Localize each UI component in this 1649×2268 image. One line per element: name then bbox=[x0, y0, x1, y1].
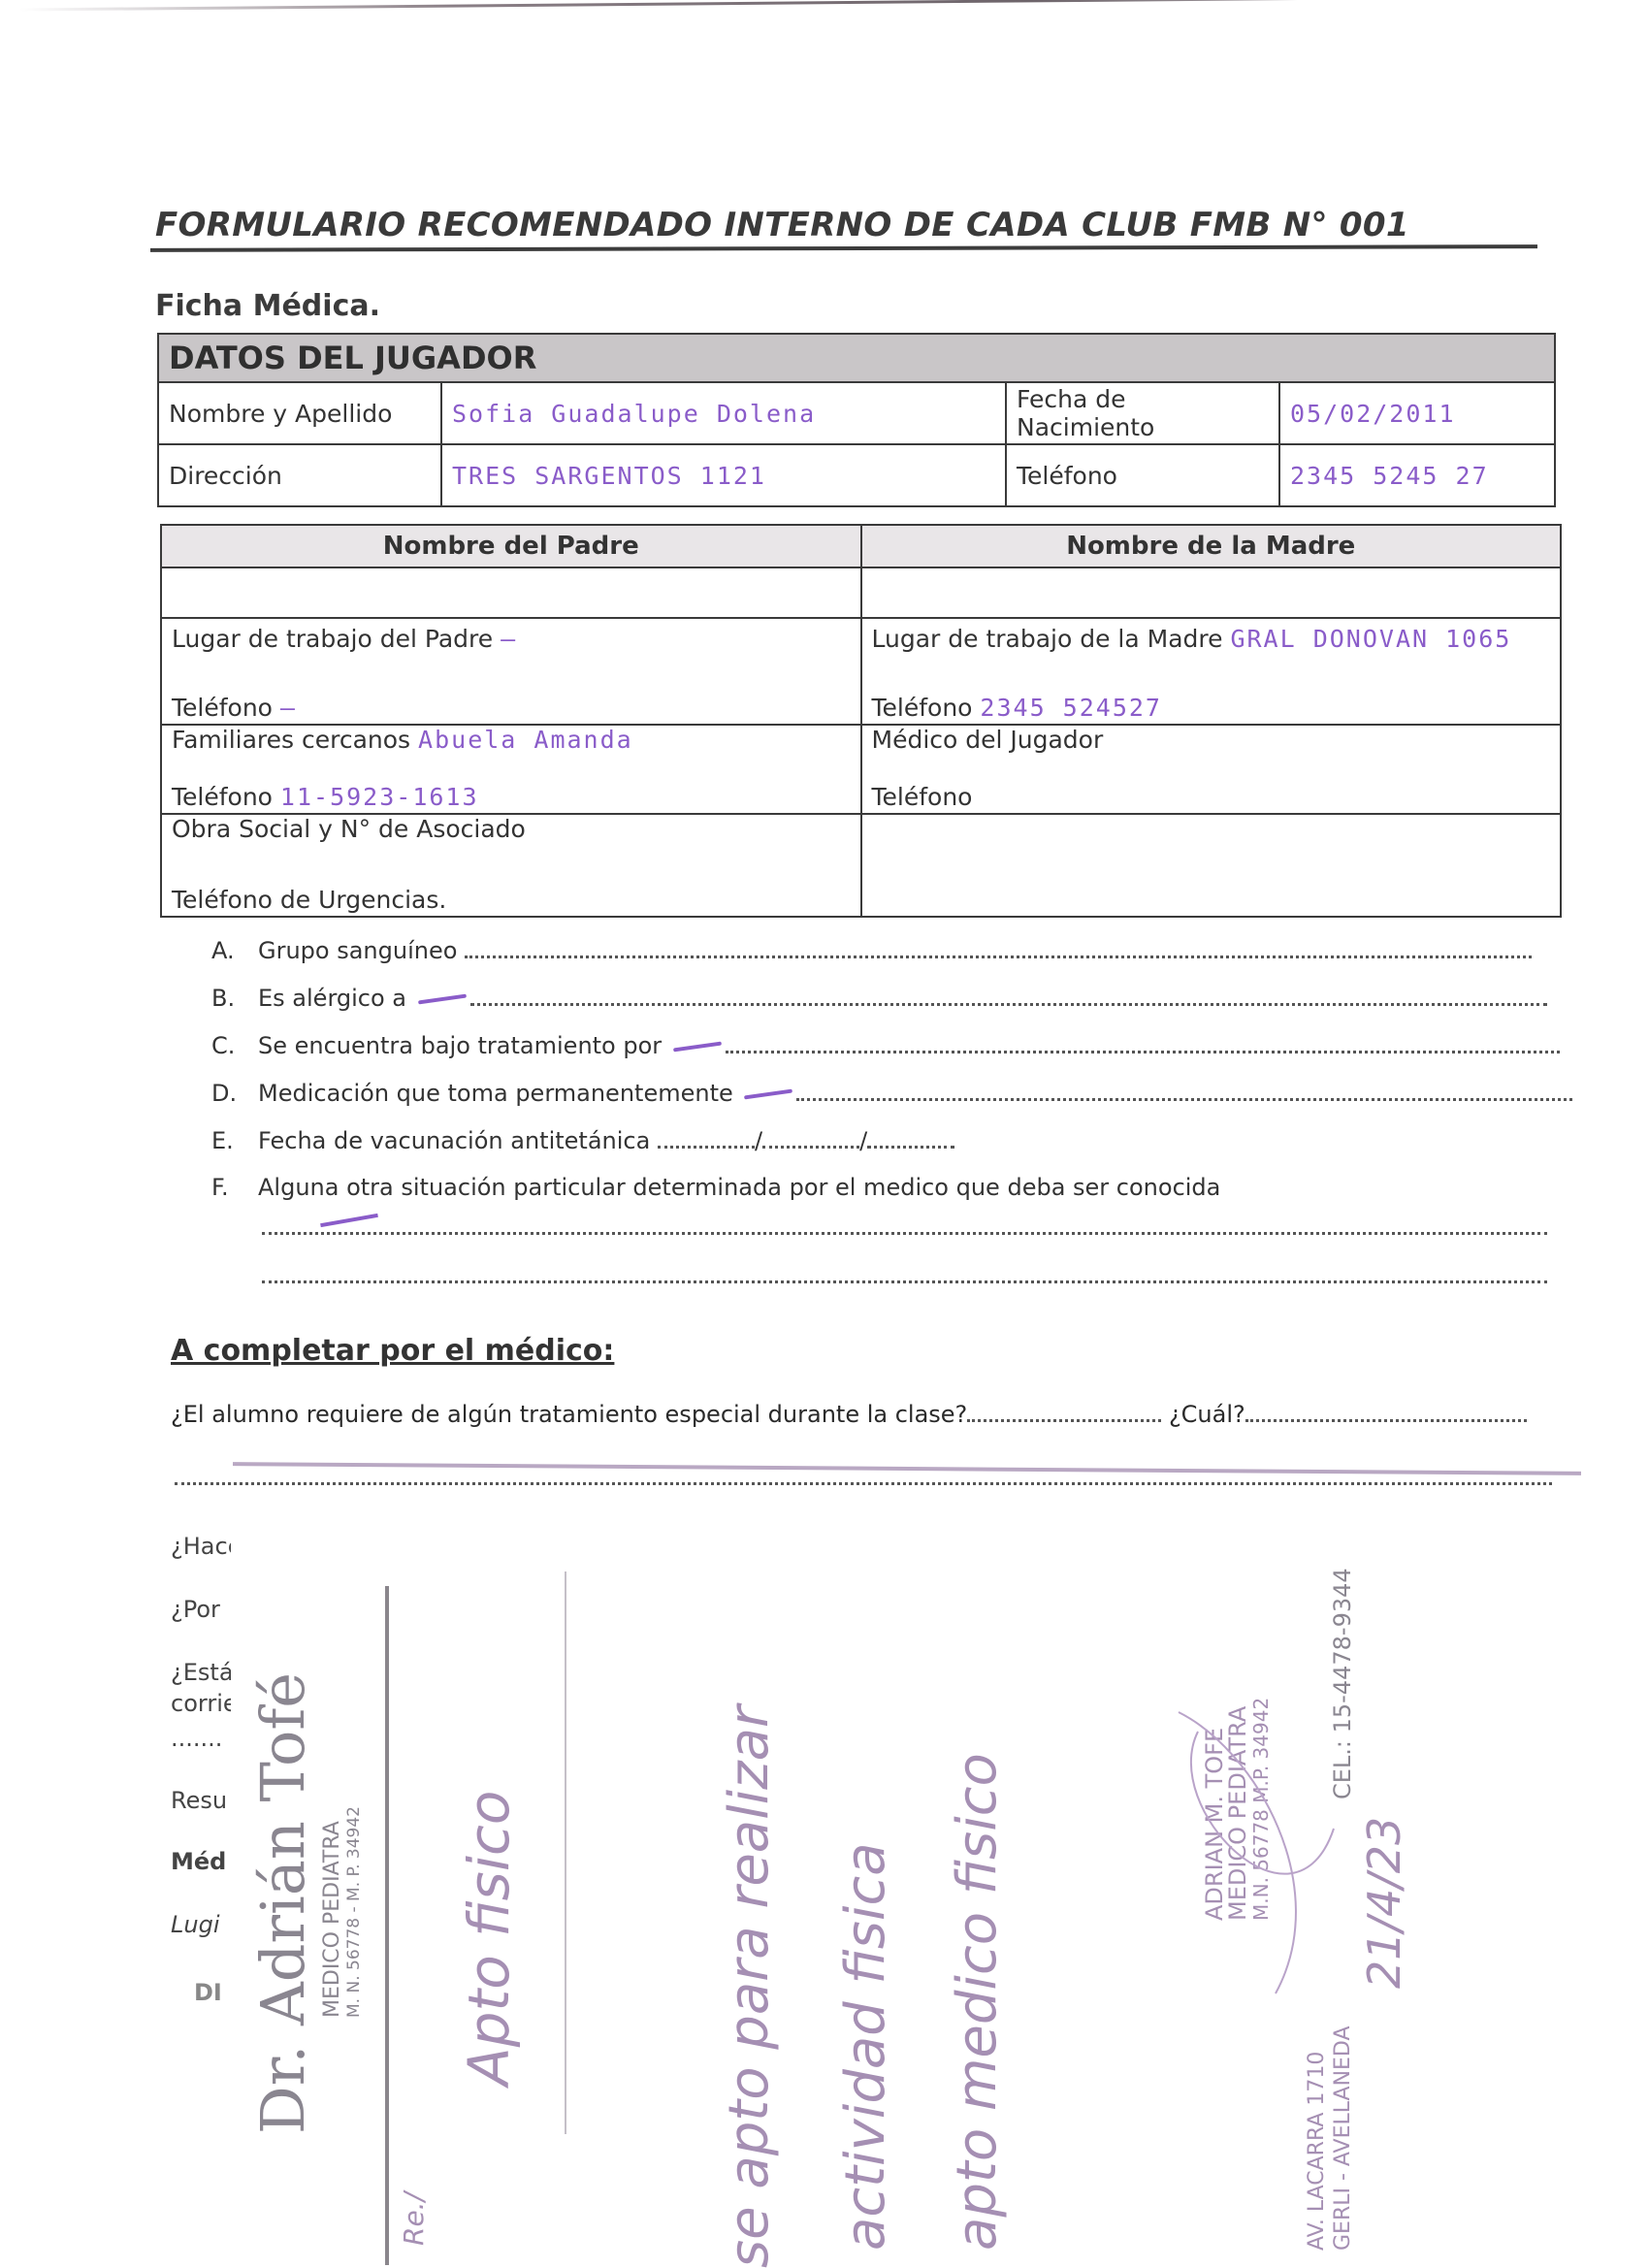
insurance-value-cell[interactable] bbox=[861, 814, 1562, 917]
relatives-phone-value: 11-5923-1613 bbox=[280, 783, 479, 811]
blood-type-field[interactable] bbox=[465, 938, 1532, 958]
doctor-address-1: AV. LACARRA 1710 bbox=[1305, 2052, 1329, 2251]
cut-label: ¿Hace bbox=[171, 1533, 231, 1560]
tetanus-month[interactable] bbox=[762, 1128, 859, 1149]
phone-value: 2345 5245 27 bbox=[1290, 462, 1489, 490]
address-label: Dirección bbox=[158, 444, 441, 506]
father-name-field[interactable] bbox=[161, 567, 861, 618]
question-special-treatment: ¿El alumno requiere de algún tratamiento… bbox=[171, 1401, 1527, 1428]
item-tetanus-date[interactable]: E.Fecha de vacunación antitetánica // bbox=[211, 1127, 954, 1154]
rx-line-3: actividad fisica bbox=[834, 1842, 897, 2251]
tetanus-day[interactable] bbox=[658, 1128, 755, 1149]
birth-field[interactable]: 05/02/2011 bbox=[1279, 382, 1555, 444]
tetanus-year[interactable] bbox=[867, 1128, 954, 1149]
rx-license: M. N. 56778 - M. P. 34942 bbox=[344, 1806, 364, 2018]
cut-label: Resu bbox=[171, 1787, 231, 1814]
doctor-address-2: GERLI - AVELLANEDA bbox=[1331, 2025, 1355, 2251]
cut-label: ¿Por bbox=[171, 1596, 231, 1623]
address-value: TRES SARGENTOS 1121 bbox=[452, 462, 766, 490]
mother-header: Nombre de la Madre bbox=[861, 525, 1562, 567]
dash-mark bbox=[673, 1042, 722, 1053]
cut-label: ....... bbox=[171, 1725, 231, 1752]
rx-line-2: se apto para realizar bbox=[718, 1705, 781, 2268]
emergency-label: Teléfono de Urgencias. bbox=[172, 886, 851, 914]
birth-value: 05/02/2011 bbox=[1290, 400, 1456, 428]
title-rule bbox=[150, 244, 1537, 252]
parents-table: Nombre del Padre Nombre de la Madre Luga… bbox=[160, 524, 1562, 918]
address-field[interactable]: TRES SARGENTOS 1121 bbox=[441, 444, 1006, 506]
father-work-label: Lugar de trabajo del Padre bbox=[172, 625, 493, 653]
father-header: Nombre del Padre bbox=[161, 525, 861, 567]
item-blood-type[interactable]: A.Grupo sanguíneo bbox=[211, 937, 1532, 964]
doctor-section-title: A completar por el médico: bbox=[171, 1334, 614, 1368]
rx-doctor-name: Dr. Adrián Tofé bbox=[247, 1672, 318, 2134]
phone-label: Teléfono bbox=[1006, 444, 1279, 506]
player-section-title: DATOS DEL JUGADOR bbox=[158, 334, 1555, 382]
rx-mark: Re./ bbox=[398, 2192, 430, 2246]
treatment-answer-field[interactable] bbox=[967, 1402, 1161, 1422]
cut-label: DI bbox=[194, 1979, 254, 2006]
medication-field[interactable] bbox=[796, 1081, 1572, 1101]
scan-edge bbox=[19, 0, 1465, 12]
doctor-label: Médico del Jugador bbox=[872, 726, 1551, 754]
insurance-cell[interactable]: Obra Social y N° de Asociado Teléfono de… bbox=[161, 814, 861, 917]
mother-phone-value: 2345 524527 bbox=[980, 694, 1162, 722]
phone-field[interactable]: 2345 5245 27 bbox=[1279, 444, 1555, 506]
form-title: FORMULARIO RECOMENDADO INTERNO DE CADA C… bbox=[155, 206, 1409, 244]
father-phone-label: Teléfono bbox=[172, 694, 273, 722]
name-field[interactable]: Sofia Guadalupe Dolena bbox=[441, 382, 1006, 444]
relatives-value: Abuela Amanda bbox=[418, 726, 633, 754]
item-treatment[interactable]: C.Se encuentra bajo tratamiento por bbox=[211, 1032, 1560, 1059]
other-line-2[interactable] bbox=[262, 1263, 1547, 1283]
name-label: Nombre y Apellido bbox=[158, 382, 441, 444]
doctor-phone-label: Teléfono bbox=[872, 783, 1551, 811]
father-phone-value: — bbox=[280, 694, 297, 722]
father-work-cell[interactable]: Lugar de trabajo del Padre — Teléfono — bbox=[161, 618, 861, 725]
signature-date: 21/4/23 bbox=[1358, 1817, 1410, 1989]
treatment-field[interactable] bbox=[726, 1033, 1560, 1053]
rx-specialty: MEDICO PEDIATRA bbox=[320, 1821, 344, 2018]
allergies-field[interactable] bbox=[470, 986, 1547, 1006]
mother-phone-label: Teléfono bbox=[872, 694, 973, 722]
birth-label: Fecha de Nacimiento bbox=[1006, 382, 1279, 444]
rx-divider bbox=[385, 1586, 389, 2265]
item-allergies[interactable]: B.Es alérgico a bbox=[211, 985, 1547, 1012]
cut-label: Méd bbox=[171, 1848, 231, 1875]
dash-mark bbox=[418, 994, 467, 1005]
insurance-label: Obra Social y N° de Asociado bbox=[172, 815, 851, 843]
mother-work-value: GRAL DONOVAN 1065 bbox=[1230, 625, 1511, 653]
cut-label: ¿Está bbox=[171, 1659, 231, 1686]
cut-label: corrie bbox=[171, 1690, 231, 1717]
relatives-cell[interactable]: Familiares cercanos Abuela Amanda Teléfo… bbox=[161, 725, 861, 814]
name-value: Sofia Guadalupe Dolena bbox=[452, 400, 816, 428]
relatives-label: Familiares cercanos bbox=[172, 726, 410, 754]
dash-mark bbox=[744, 1089, 792, 1100]
cut-label: Lugi bbox=[171, 1911, 231, 1938]
prescription-overlay bbox=[233, 1494, 1649, 2268]
item-medication[interactable]: D.Medicación que toma permanentemente bbox=[211, 1080, 1572, 1107]
rx-line-4: apto medico fisico bbox=[946, 1753, 1009, 2251]
mother-work-cell[interactable]: Lugar de trabajo de la Madre GRAL DONOVA… bbox=[861, 618, 1562, 725]
mother-name-field[interactable] bbox=[861, 567, 1562, 618]
mother-work-label: Lugar de trabajo de la Madre bbox=[872, 625, 1223, 653]
other-line-1[interactable] bbox=[262, 1215, 1547, 1235]
rx-divider-light bbox=[565, 1571, 566, 2134]
page-subtitle: Ficha Médica. bbox=[155, 289, 380, 323]
signature-icon bbox=[1140, 1693, 1363, 2003]
item-other: F.Alguna otra situación particular deter… bbox=[211, 1174, 1220, 1201]
which-field[interactable] bbox=[1245, 1402, 1527, 1422]
player-data-table: DATOS DEL JUGADOR Nombre y Apellido Sofi… bbox=[157, 333, 1556, 507]
relatives-phone-label: Teléfono bbox=[172, 783, 273, 811]
doctor-cell[interactable]: Médico del Jugador Teléfono bbox=[861, 725, 1562, 814]
rx-line-1: Apto fisico bbox=[456, 1791, 522, 2086]
father-work-value: — bbox=[501, 625, 517, 653]
